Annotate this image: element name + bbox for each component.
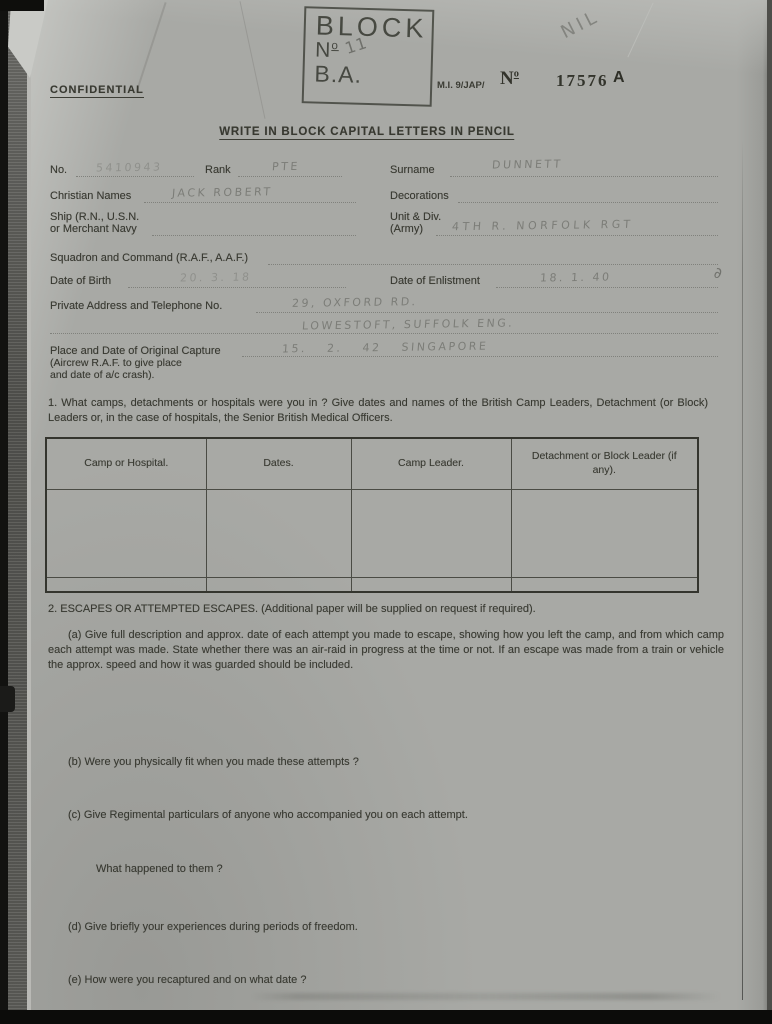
cell-camp: [46, 490, 206, 578]
confidential-label: CONFIDENTIAL: [50, 84, 144, 98]
question-2c-followup-text: What happened to them ?: [96, 862, 223, 877]
question-2d-text: (d) Give briefly your experiences during…: [68, 920, 358, 935]
field-unit-label-2: (Army): [390, 223, 423, 235]
field-christian-names-value: JACK ROBERT: [172, 185, 274, 199]
pencil-smudge: [250, 993, 720, 1000]
scan-left-notch: [0, 686, 15, 712]
field-squadron-line: [268, 263, 718, 265]
field-address-line-1: [256, 311, 718, 313]
question-2-heading: 2. ESCAPES OR ATTEMPTED ESCAPES. (Additi…: [48, 602, 720, 617]
col-detachment-leader: Detachment or Block Leader (if any).: [511, 438, 698, 490]
field-no-label: No.: [50, 164, 67, 176]
field-enlistment-label: Date of Enlistment: [390, 275, 480, 287]
field-no-value: 5410943: [96, 161, 163, 175]
cell-dates: [206, 490, 351, 578]
field-ship-label-1: Ship (R.N., U.S.N.: [50, 211, 139, 223]
camps-table: Camp or Hospital. Dates. Camp Leader. De…: [45, 437, 699, 593]
field-decorations-label: Decorations: [390, 190, 449, 202]
scan-left-edge: [0, 0, 8, 1024]
field-christian-names-label: Christian Names: [50, 190, 131, 202]
field-surname-line: [450, 175, 718, 177]
field-unit-value: 4TH R. NORFOLK RGT: [452, 218, 635, 234]
page-edge: [27, 0, 31, 1010]
scan-bottom-edge: [0, 1010, 772, 1024]
question-2e-text: (e) How were you recaptured and on what …: [68, 973, 306, 988]
serial-suffix: A: [613, 69, 625, 87]
field-address-line-2: [50, 332, 718, 334]
field-ship-line: [152, 234, 356, 236]
field-decorations-line: [458, 201, 718, 203]
col-camp-leader: Camp Leader.: [351, 438, 511, 490]
mi9-reference: M.I. 9/JAP/: [437, 80, 485, 91]
scan-right-edge: [767, 0, 772, 1010]
field-surname-value: DUNNETT: [492, 157, 564, 171]
book-binding: [8, 0, 27, 1024]
camps-table-header-row: Camp or Hospital. Dates. Camp Leader. De…: [46, 438, 698, 490]
field-rank-line: [238, 175, 342, 177]
field-rank-value: PTE: [272, 160, 301, 173]
cell-detachment: [511, 490, 698, 578]
field-dob-value: 20. 3. 18: [180, 270, 252, 284]
field-squadron-label: Squadron and Command (R.A.F., A.A.F.): [50, 252, 248, 264]
field-ship-label-2: or Merchant Navy: [50, 223, 137, 235]
field-capture-label-1: Place and Date of Original Capture: [50, 345, 221, 357]
field-dob-label: Date of Birth: [50, 275, 111, 287]
cell-leader: [351, 490, 511, 578]
scan-top-corner: [0, 0, 44, 11]
field-capture-label-3: and date of a/c crash).: [50, 369, 154, 381]
stamp-ba-text: B.A.: [314, 61, 431, 91]
field-surname-label: Surname: [390, 164, 435, 176]
field-enlistment-value: 18. 1. 40: [540, 270, 612, 284]
field-capture-line: [242, 355, 718, 357]
field-unit-line: [436, 234, 718, 236]
instruction-heading: WRITE IN BLOCK CAPITAL LETTERS IN PENCIL: [219, 126, 514, 140]
col-camp-or-hospital: Camp or Hospital.: [46, 438, 206, 490]
field-dob-line: [128, 286, 346, 288]
field-address-label: Private Address and Telephone No.: [50, 300, 222, 312]
question-2b-text: (b) Were you physically fit when you mad…: [68, 755, 359, 770]
serial-no-label: No: [500, 68, 519, 90]
field-address-value-1: 29, OXFORD RD.: [292, 295, 419, 310]
question-1-text: 1. What camps, detachments or hospitals …: [48, 396, 708, 426]
field-no-line: [76, 175, 194, 177]
field-rank-label: Rank: [205, 164, 231, 176]
field-enlistment-line: [496, 286, 718, 288]
field-capture-label-2: (Aircrew R.A.F. to give place: [50, 357, 182, 369]
col-dates: Dates.: [206, 438, 351, 490]
camps-table-empty-row: [46, 490, 698, 578]
question-2c-text: (c) Give Regimental particulars of anyon…: [68, 808, 468, 823]
page-fold-line: [742, 140, 743, 1000]
scanned-pow-form: CONFIDENTIAL BLOCK No B.A. 11 M.I. 9/JAP…: [0, 0, 772, 1024]
camps-table-thin-row: [46, 578, 698, 593]
field-christian-names-line: [144, 201, 356, 203]
question-2a-text: (a) Give full description and approx. da…: [48, 628, 724, 674]
block-ba-stamp: BLOCK No B.A.: [302, 6, 435, 107]
field-unit-label-1: Unit & Div.: [390, 211, 441, 223]
serial-number: 17576: [556, 71, 609, 91]
